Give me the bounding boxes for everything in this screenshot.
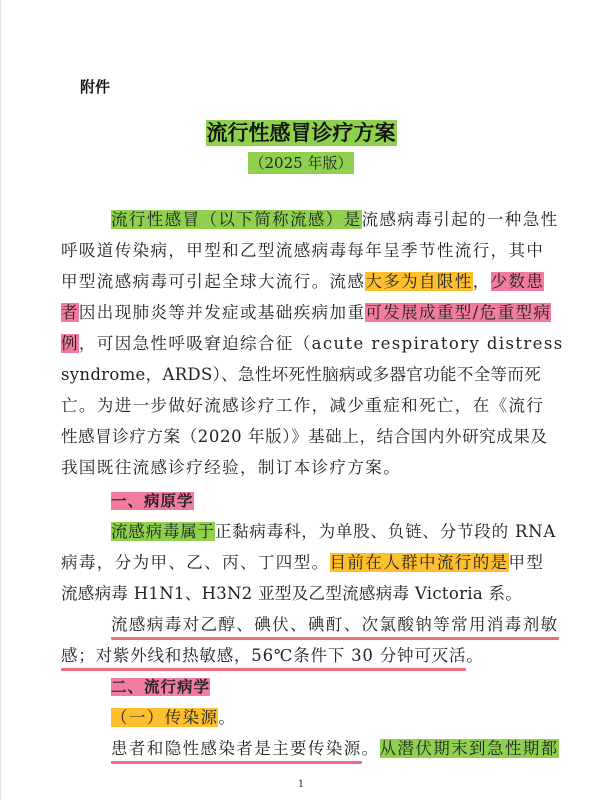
underline-red: 患者和隐性感染者是主要传染源 <box>111 739 362 764</box>
subtitle-highlight: （2025 年版） <box>248 152 355 174</box>
section1-line-5: 感；对紫外线和热敏感，56℃条件下 30 分钟可灭活。 <box>61 646 541 666</box>
text: 。 <box>218 708 236 727</box>
text: 。 <box>362 739 380 758</box>
text: 。 <box>466 646 483 665</box>
section1-line-4: 流感病毒对乙醇、碘伏、碘酊、次氯酸钠等常用消毒剂敏 <box>111 615 541 635</box>
intro-line-9: 我国既往流感诊疗经验，制订本诊疗方案。 <box>61 458 541 478</box>
section1-line-1: 流感病毒属于正黏病毒科，为单股、负链、分节段的 RNA <box>111 522 541 542</box>
underline-red: 流感病毒对乙醇、碘伏、碘酊、次氯酸钠等常用消毒剂敏 <box>111 615 559 640</box>
highlight-orange: （一）传染源 <box>111 708 218 727</box>
section2-line-1: 患者和隐性感染者是主要传染源。从潜伏期末到急性期都 <box>111 739 541 759</box>
highlight-pink: 者 <box>61 303 79 322</box>
text: 甲型流感病毒可引起全球大流行。流感 <box>61 272 365 291</box>
text: 甲型 <box>509 553 545 572</box>
highlight-orange: 目前在人群中流行的是 <box>330 553 509 572</box>
text: 因出现肺炎等并发症或基础疾病加重 <box>79 303 365 322</box>
intro-line-7: 亡。为进一步做好流感诊疗工作，减少重症和死亡，在《流行 <box>61 396 541 416</box>
section1-line-3: 流感病毒 H1N1、H3N2 亚型及乙型流感病毒 Victoria 系。 <box>61 584 541 604</box>
intro-line-8: 性感冒诊疗方案（2020 年版）》基础上，结合国内外研究成果及 <box>61 427 541 447</box>
highlight-orange: 大多为自限性 <box>365 272 472 291</box>
highlight-green: 流感病毒属于 <box>111 522 215 541</box>
intro-line-1: 流行性感冒（以下简称流感）是流感病毒引起的一种急性 <box>111 210 541 230</box>
intro-line-4: 者因出现肺炎等并发症或基础疾病加重可发展成重型/危重型病 <box>61 303 541 323</box>
document-page: 附件 流行性感冒诊疗方案 （2025 年版） 流行性感冒（以下简称流感）是流感病… <box>0 0 600 800</box>
highlight-pink: 二、流行病学 <box>111 678 210 696</box>
intro-line-3: 甲型流感病毒可引起全球大流行。流感大多为自限性，少数患 <box>61 272 541 292</box>
highlight-green: 从潜伏期末到急性期都 <box>380 739 559 758</box>
highlight-pink: 一、病原学 <box>111 492 194 510</box>
underline-red: 感；对紫外线和热敏感，56℃条件下 30 分钟可灭活 <box>61 646 466 671</box>
subsection-heading-1: （一）传染源。 <box>111 708 541 728</box>
highlight-green: 流行性感冒（以下简称流感）是 <box>111 210 362 229</box>
intro-line-5: 例，可因急性呼吸窘迫综合征（acute respiratory distress <box>61 334 541 354</box>
section1-line-2: 病毒，分为甲、乙、丙、丁四型。目前在人群中流行的是甲型 <box>61 553 541 573</box>
page-number: 1 <box>1 779 600 790</box>
intro-line-6: syndrome，ARDS）、急性坏死性脑病或多器官功能不全等而死 <box>61 365 541 385</box>
text: ，可因急性呼吸窘迫综合征（acute respiratory distress <box>79 334 564 353</box>
text: 正黏病毒科，为单股、负链、分节段的 RNA <box>215 522 556 541</box>
intro-line-2: 呼吸道传染病，甲型和乙型流感病毒每年呈季节性流行，其中 <box>61 241 541 261</box>
text: ， <box>473 272 491 291</box>
document-title: 流行性感冒诊疗方案 <box>1 117 600 147</box>
highlight-pink: 少数患 <box>491 272 545 291</box>
document-subtitle: （2025 年版） <box>1 152 600 173</box>
text: 流感病毒引起的一种急性 <box>362 210 559 229</box>
highlight-pink: 可发展成重型/危重型病 <box>365 303 551 322</box>
highlight-pink: 例 <box>61 334 79 353</box>
section-heading-2: 二、流行病学 <box>111 677 541 697</box>
title-highlight: 流行性感冒诊疗方案 <box>206 120 397 146</box>
attachment-label: 附件 <box>80 76 110 97</box>
section-heading-1: 一、病原学 <box>111 491 541 511</box>
text: 病毒，分为甲、乙、丙、丁四型。 <box>61 553 330 572</box>
